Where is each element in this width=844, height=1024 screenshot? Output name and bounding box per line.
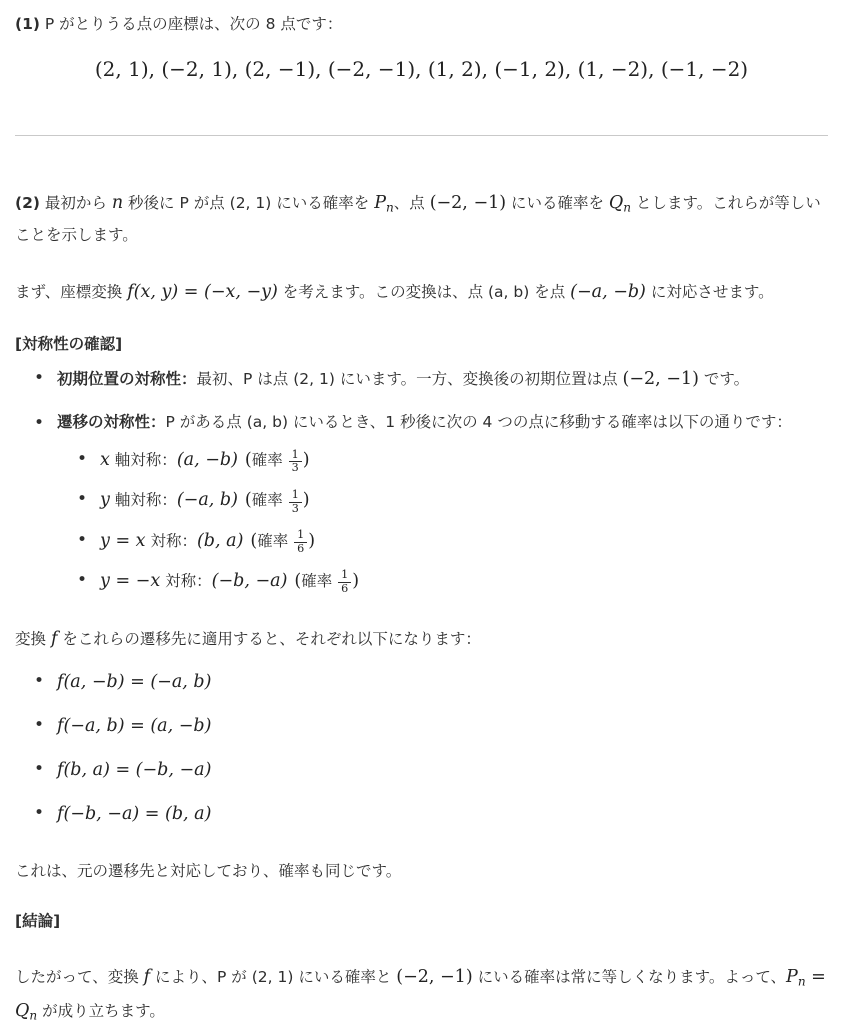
fraction-numerator: 1 (289, 449, 302, 462)
math-equals: = (806, 967, 826, 987)
coordinates-display-math: (2, 1), (−2, 1), (2, −1), (−2, −1), (1, … (15, 53, 828, 85)
conclusion-heading: [結論] (15, 906, 828, 936)
close-paren: ) (303, 490, 310, 510)
f-mapping-item: f(a, −b) = (−a, b) (57, 665, 828, 699)
symmetry-list: 初期位置の対称性：最初、P は点 (2, 1) にいます。一方、変換後の初期位置… (15, 362, 828, 598)
conclusion-paragraph: したがって、変換 f により、P が (2, 1) にいる確率と (−2, −1… (15, 960, 828, 1024)
fraction-denominator: 3 (289, 461, 302, 475)
math-n: n (112, 193, 123, 213)
math-axis: x (100, 450, 110, 470)
math-axis: y = x (100, 531, 146, 551)
math-subscript: n (798, 975, 806, 989)
text-segment: を考えます。この変換は、点 (a, b) を点 (278, 283, 570, 301)
f-mapping-list: f(a, −b) = (−a, b) f(−a, b) = (a, −b) f(… (15, 665, 828, 832)
math-Q: Q (609, 193, 623, 213)
initial-position-item: 初期位置の対称性：最初、P は点 (2, 1) にいます。一方、変換後の初期位置… (57, 362, 828, 396)
y-equals-x-symmetry-item: y = x 対称：(b, a)(確率 16) (100, 524, 828, 558)
correspondence-note: これは、元の遷移先と対応しており、確率も同じです。 (15, 856, 828, 886)
close-paren: ) (308, 531, 315, 551)
item-bold-label: 遷移の対称性： (57, 413, 166, 431)
math-f-mapping: f(b, a) = (−b, −a) (57, 760, 211, 780)
text-segment: 変換 (15, 630, 51, 648)
fraction-numerator: 1 (338, 569, 351, 582)
item-bold-label: 初期位置の対称性： (57, 370, 197, 388)
math-subscript: n (623, 201, 631, 215)
open-paren: ( (245, 490, 252, 510)
math-f-mapping: f(−b, −a) = (b, a) (57, 804, 211, 824)
fraction-denominator: 3 (289, 502, 302, 516)
open-paren: ( (245, 450, 252, 470)
x-axis-symmetry-item: x 軸対称：(a, −b)(確率 13) (100, 443, 828, 477)
math-coordinate: (−2, −1) (396, 967, 472, 987)
close-paren: ) (303, 450, 310, 470)
math-P: P (786, 967, 798, 987)
part1-label: (1) (15, 15, 40, 33)
math-coordinate: (−b, −a) (212, 571, 288, 591)
section-divider (15, 135, 828, 136)
part1-text: P がとりうる点の座標は、次の 8 点です： (40, 15, 342, 33)
text-segment: 軸対称： (110, 491, 177, 509)
part2-label: (2) (15, 194, 40, 212)
f-mapping-item: f(−b, −a) = (b, a) (57, 797, 828, 831)
transform-definition: まず、座標変換 f(x, y) = (−x, −y) を考えます。この変換は、点… (15, 275, 828, 309)
text-segment: まず、座標変換 (15, 283, 127, 301)
fraction-numerator: 1 (289, 489, 302, 502)
probability-fraction: 16 (294, 529, 307, 556)
part2-statement: (2) 最初から n 秒後に P が点 (2, 1) にいる確率を Pn、点 (… (15, 186, 828, 250)
probability-fraction: 16 (338, 569, 351, 596)
text-segment: です。 (699, 370, 749, 388)
math-subscript: n (386, 201, 394, 215)
text-segment: 対称： (160, 572, 211, 590)
math-subscript: n (29, 1009, 37, 1023)
math-axis: y (100, 490, 110, 510)
text-segment: が成り立ちます。 (37, 1002, 165, 1020)
fraction-denominator: 6 (338, 582, 351, 596)
close-paren: ) (352, 571, 359, 591)
text-segment: したがって、変換 (15, 968, 144, 986)
math-coordinate: (−a, −b) (570, 282, 646, 302)
symmetry-check-heading: [対称性の確認] (15, 329, 828, 359)
probability-label: 確率 (257, 532, 293, 550)
probability-label: 確率 (252, 451, 288, 469)
math-coordinate: (b, a) (197, 531, 243, 551)
y-axis-symmetry-item: y 軸対称：(−a, b)(確率 13) (100, 483, 828, 517)
text-segment: 秒後に P が点 (2, 1) にいる確率を (123, 194, 374, 212)
text-segment: 軸対称： (110, 451, 177, 469)
math-f-mapping: f(a, −b) = (−a, b) (57, 672, 211, 692)
probability-fraction: 13 (289, 449, 302, 476)
math-coordinate: (a, −b) (177, 450, 238, 470)
probability-label: 確率 (252, 491, 288, 509)
text-segment: により、P が (2, 1) にいる確率と (150, 968, 396, 986)
text-segment: にいる確率は常に等しくなります。よって、 (473, 968, 786, 986)
text-segment: にいる確率を (506, 194, 609, 212)
math-coordinate: (−a, b) (177, 490, 238, 510)
text-segment: 最初、P は点 (2, 1) にいます。一方、変換後の初期位置は点 (197, 370, 623, 388)
transition-sublist: x 軸対称：(a, −b)(確率 13) y 軸対称：(−a, b)(確率 13… (57, 443, 828, 598)
f-mapping-item: f(−a, b) = (a, −b) (57, 709, 828, 743)
text-segment: 最初から (40, 194, 112, 212)
y-equals-minus-x-symmetry-item: y = −x 対称：(−b, −a)(確率 16) (100, 564, 828, 598)
math-Q: Q (15, 1001, 29, 1021)
fraction-numerator: 1 (294, 529, 307, 542)
math-P: P (374, 193, 386, 213)
solution-document: (1) P がとりうる点の座標は、次の 8 点です： (2, 1), (−2, … (0, 0, 844, 1024)
text-segment: に対応させます。 (646, 283, 774, 301)
math-coordinate: (−2, −1) (623, 369, 699, 389)
math-f-definition: f(x, y) = (−x, −y) (127, 282, 278, 302)
transition-item: 遷移の対称性：P がある点 (a, b) にいるとき、1 秒後に次の 4 つの点… (57, 407, 828, 598)
probability-fraction: 13 (289, 489, 302, 516)
text-segment: 対称： (146, 532, 197, 550)
part1-statement: (1) P がとりうる点の座標は、次の 8 点です： (15, 9, 828, 39)
probability-label: 確率 (301, 572, 337, 590)
text-segment: 、点 (394, 194, 430, 212)
math-f-mapping: f(−a, b) = (a, −b) (57, 716, 211, 736)
fraction-denominator: 6 (294, 542, 307, 556)
text-segment: をこれらの遷移先に適用すると、それぞれ以下になります： (57, 630, 480, 648)
text-segment: P がある点 (a, b) にいるとき、1 秒後に次の 4 つの点に移動する確率… (166, 413, 792, 431)
f-mapping-item: f(b, a) = (−b, −a) (57, 753, 828, 787)
math-coordinate: (−2, −1) (430, 193, 506, 213)
apply-f-intro: 変換 f をこれらの遷移先に適用すると、それぞれ以下になります： (15, 622, 828, 656)
math-axis: y = −x (100, 571, 160, 591)
